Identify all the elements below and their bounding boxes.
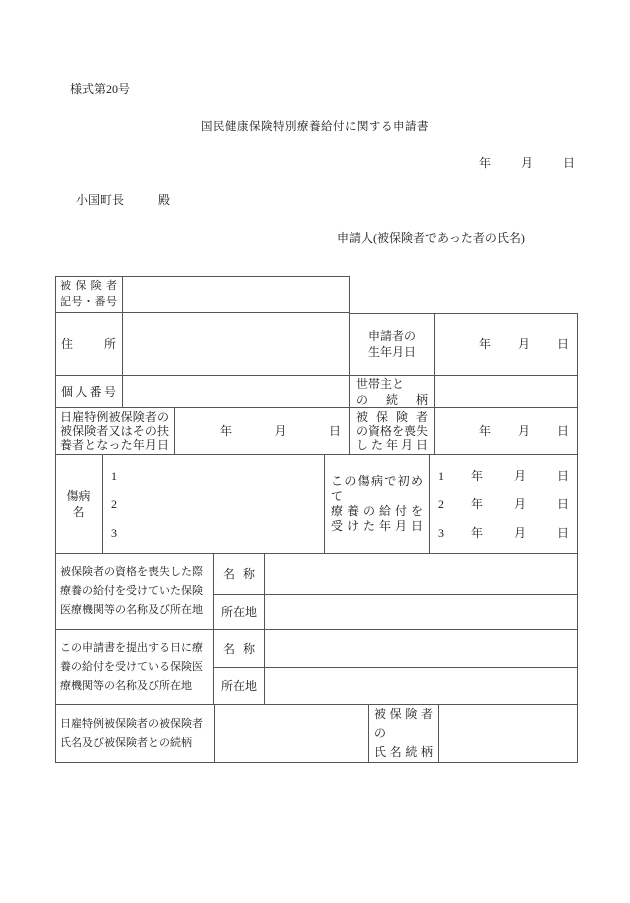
header-date-month: 月: [521, 155, 533, 171]
daylabor-became-date-value-cell: 年 月 日: [175, 408, 350, 455]
first-benefit-date-value-cell: 1 年 月 日 2 年 月 日 3 年 月: [430, 455, 578, 554]
address-value-cell: [123, 313, 350, 376]
form-table: 被保険者 記号・番号 住所 申請者の 生年月日 年 月 日 個人番号 世帯主と …: [55, 276, 578, 763]
month-label: 月: [514, 525, 526, 541]
daylabor-became-date-line1: 日雇特例被保険者の: [60, 410, 169, 424]
current-provider-label-cell: この申請書を提出する日に療 養の給付を受けている保険医 療機関等の名称及び所在地: [55, 630, 214, 705]
year-label: 年: [479, 336, 491, 352]
day-label: 日: [557, 525, 569, 541]
qualification-loss-line1: 被保険者: [356, 410, 428, 424]
former-provider-name-value-cell: [265, 554, 578, 595]
month-label: 月: [518, 336, 530, 352]
first-benefit-label-line2: 療養の給付を: [331, 504, 423, 519]
day-label: 日: [557, 468, 569, 484]
address-label-cell: 住所: [55, 313, 123, 376]
first-benefit-date-row-2: 2 年 月 日: [430, 496, 577, 512]
householder-relation-label-line1: 世帯主と: [356, 376, 428, 392]
daylabor-insured-name-label-cell: 日雇特例被保険者の被保険者 氏名及び被保険者との続柄: [55, 705, 215, 763]
current-provider-line1: この申請書を提出する日に療: [60, 639, 208, 658]
insured-symbol-label-line1: 被保険者: [60, 278, 117, 294]
day-label: 日: [557, 336, 569, 352]
personal-number-value-cell: [123, 376, 350, 408]
former-provider-location-value-cell: [265, 595, 578, 630]
name-label: 名称: [223, 641, 255, 657]
applicant-birth-label-line2: 生年月日: [356, 344, 428, 360]
location-label: 所在地: [220, 604, 258, 620]
qualification-loss-line2: の資格を喪失: [356, 424, 428, 438]
disease-number-1: 1: [111, 468, 318, 484]
location-label: 所在地: [220, 678, 258, 694]
current-provider-location-label-cell: 所在地: [214, 668, 265, 705]
current-provider-location-value-cell: [265, 668, 578, 705]
daylabor-insured-name-line1: 日雇特例被保険者の被保険者: [60, 715, 209, 734]
page-title: 国民健康保険特別療養給付に関する申請書: [0, 119, 630, 135]
addressee-honorific: 殿: [158, 192, 170, 208]
personal-number-label: 個人番号: [61, 384, 116, 400]
applicant-birth-label-cell: 申請者の 生年月日: [350, 313, 435, 376]
current-provider-line2: 養の給付を受けている保険医: [60, 658, 208, 677]
year-label: 年: [471, 468, 483, 484]
first-benefit-date-row-3: 3 年 月 日: [430, 525, 577, 541]
header-date-year: 年: [479, 155, 491, 171]
daylabor-became-date-line2: 被保険者又はその扶: [60, 424, 169, 438]
day-label: 日: [329, 423, 341, 439]
row-number: 2: [430, 496, 444, 512]
current-provider-name-label-cell: 名称: [214, 630, 265, 668]
row-number: 1: [430, 468, 444, 484]
insured-name-relation-line2: 氏名続柄: [374, 743, 433, 762]
year-label: 年: [479, 423, 491, 439]
insured-symbol-value-cell: [123, 276, 350, 313]
qualification-loss-date-value-cell: 年 月 日: [435, 408, 578, 455]
month-label: 月: [274, 423, 286, 439]
month-label: 月: [514, 496, 526, 512]
daylabor-insured-name-line2: 氏名及び被保険者との続柄: [60, 734, 209, 753]
applicant-birth-value-cell: 年 月 日: [435, 313, 578, 376]
personal-number-label-cell: 個人番号: [55, 376, 123, 408]
qualification-loss-date-label-cell: 被保険者 の資格を喪失 した年月日: [350, 408, 435, 455]
day-label: 日: [557, 423, 569, 439]
day-label: 日: [557, 496, 569, 512]
insured-name-relation-label-cell: 被保険者の 氏名続柄: [369, 705, 439, 763]
householder-relation-label-cell: 世帯主と の続柄: [350, 376, 435, 408]
year-label: 年: [220, 423, 232, 439]
daylabor-became-date-label-cell: 日雇特例被保険者の 被保険者又はその扶 養者となった年月日: [55, 408, 175, 455]
name-label: 名称: [223, 566, 255, 582]
former-provider-line2: 療養の給付を受けていた保険: [60, 582, 208, 601]
header-date-day: 日: [563, 155, 575, 171]
daylabor-insured-name-value-cell: [215, 705, 369, 763]
disease-name-label-cell: 傷病名: [55, 455, 103, 554]
year-label: 年: [471, 496, 483, 512]
first-benefit-date-label-cell: この傷病で初めて 療養の給付を 受けた年月日: [325, 455, 430, 554]
month-label: 月: [518, 423, 530, 439]
address-label: 住所: [61, 336, 116, 352]
insured-symbol-label-cell: 被保険者 記号・番号: [55, 276, 123, 313]
householder-relation-label-line2: の続柄: [356, 392, 428, 408]
former-provider-name-label-cell: 名称: [214, 554, 265, 595]
addressee: 小国町長: [76, 192, 124, 208]
householder-relation-value-cell: [435, 376, 578, 408]
disease-name-label: 傷病名: [61, 488, 96, 520]
insured-name-relation-value-cell: [439, 705, 578, 763]
disease-name-value-cell: 1 2 3: [103, 455, 325, 554]
former-provider-line3: 医療機関等の名称及び所在地: [60, 601, 208, 620]
former-provider-line1: 被保険者の資格を喪失した際: [60, 563, 208, 582]
current-provider-name-value-cell: [265, 630, 578, 668]
former-provider-location-label-cell: 所在地: [214, 595, 265, 630]
row-number: 3: [430, 525, 444, 541]
former-provider-label-cell: 被保険者の資格を喪失した際 療養の給付を受けていた保険 医療機関等の名称及び所在…: [55, 554, 214, 630]
insured-name-relation-line1: 被保険者の: [374, 705, 433, 743]
first-benefit-label-line3: 受けた年月日: [331, 519, 423, 534]
applicant-birth-label-line1: 申請者の: [356, 328, 428, 344]
form-number: 様式第20号: [70, 81, 130, 97]
month-label: 月: [514, 468, 526, 484]
year-label: 年: [471, 525, 483, 541]
daylabor-became-date-line3: 養者となった年月日: [60, 438, 169, 452]
disease-number-2: 2: [111, 496, 318, 512]
qualification-loss-line3: した年月日: [356, 438, 428, 452]
applicant-name-line: 申請人(被保険者であった者の氏名): [337, 230, 525, 246]
header-date-line: 年 月 日: [479, 155, 575, 171]
insured-symbol-label-line2: 記号・番号: [60, 294, 117, 310]
current-provider-line3: 療機関等の名称及び所在地: [60, 677, 208, 696]
disease-number-3: 3: [111, 525, 318, 541]
first-benefit-date-row-1: 1 年 月 日: [430, 468, 577, 484]
first-benefit-label-line1: この傷病で初めて: [331, 474, 423, 504]
application-form-page: 様式第20号 国民健康保険特別療養給付に関する申請書 年 月 日 小国町長 殿 …: [0, 0, 630, 903]
